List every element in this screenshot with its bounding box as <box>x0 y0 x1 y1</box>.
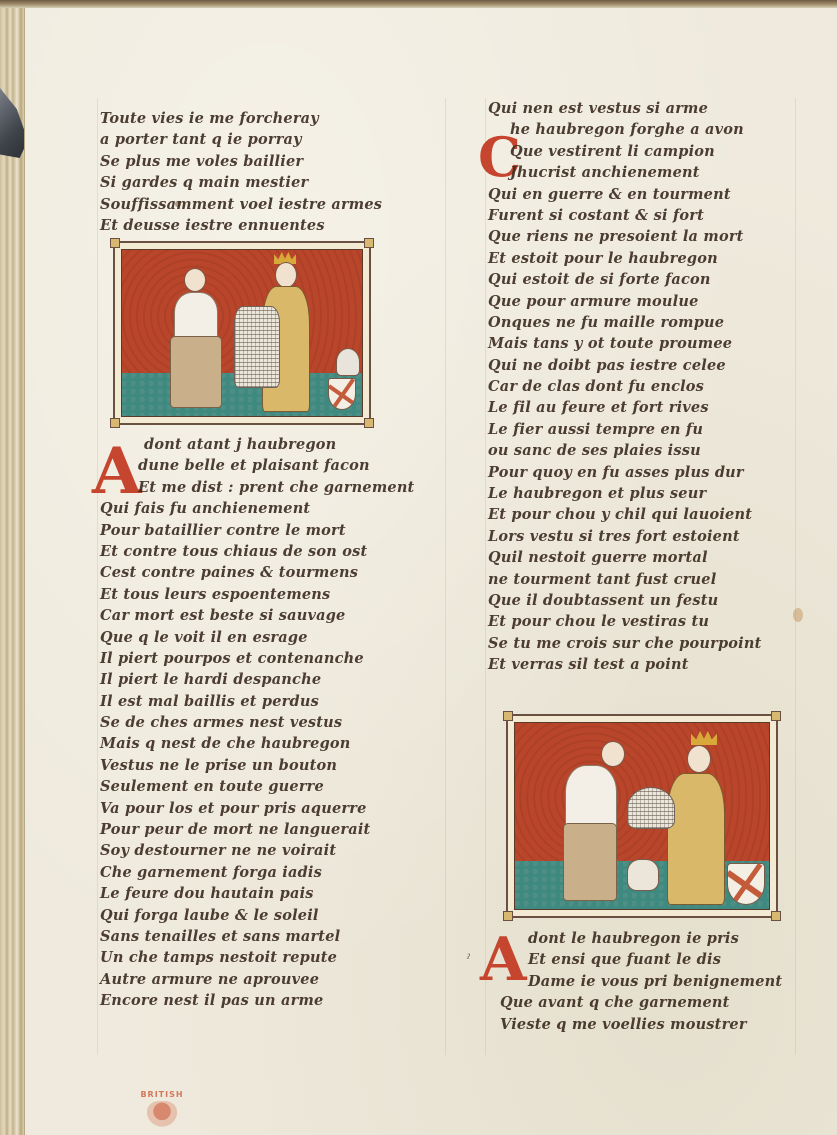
verse-line: Et me dist : prent che garnement <box>100 477 450 498</box>
verse-line: Soy destourner ne ne voirait <box>100 840 450 861</box>
helm-icon <box>336 348 360 376</box>
verse-line: Qui forga laube & le soleil <box>100 905 450 926</box>
miniature-scene <box>514 722 770 910</box>
man-skirt <box>563 823 617 901</box>
miniature-scene <box>121 249 363 417</box>
verse-line: Et verras sil test a point <box>488 654 818 675</box>
verse-line: a porter tant q ie porray <box>100 129 440 150</box>
right-text-column: Qui nen est vestus si arme he haubregon … <box>488 98 818 676</box>
lady-head <box>275 262 297 288</box>
verse-line: Et pour chou y chil qui lauoient <box>488 504 818 525</box>
verse-line: Pour bataillier contre le mort <box>100 520 450 541</box>
frame-corner <box>364 418 374 428</box>
verse-line: Le fier aussi tempre en fu <box>488 419 818 440</box>
verse-line: Il piert le hardi despanche <box>100 669 450 690</box>
verse-line: Toute vies ie me forcheray <box>100 108 440 129</box>
verse-line: Et contre tous chiaus de son ost <box>100 541 450 562</box>
helm-icon <box>627 859 659 891</box>
verse-line: dune belle et plaisant facon <box>100 455 450 476</box>
stamp-text: BRITISH <box>132 1090 192 1099</box>
verse-line: Un che tamps nestoit repute <box>100 947 450 968</box>
verse-line: Pour quoy en fu asses plus dur <box>488 462 818 483</box>
verse-line: Quil nestoit guerre mortal <box>488 547 818 568</box>
miniature-hauberk-presentation <box>113 241 371 425</box>
verse-line: Et ensi que fuant le dis <box>500 949 820 970</box>
crown-stamp-icon <box>147 1101 177 1127</box>
verse-line: Et tous leurs espoentemens <box>100 584 450 605</box>
verse-line: he haubregon forghe a avon <box>488 119 818 140</box>
lady-head <box>687 745 711 773</box>
verse-line: Qui nen est vestus si arme <box>488 98 818 119</box>
crown-icon <box>691 731 717 745</box>
verse-line: Vieste q me voellies moustrer <box>500 1014 820 1035</box>
verse-line: Se tu me crois sur che pourpoint <box>488 633 818 654</box>
verse-line: Che garnement forga iadis <box>100 862 450 883</box>
verse-line: ou sanc de ses plaies issu <box>488 440 818 461</box>
right-text-column-lower: dont le haubregon ie pris Et ensi que fu… <box>500 928 820 1035</box>
verse-line: Que q le voit il en esrage <box>100 627 450 648</box>
left-text-column-lower: dont atant j haubregon dune belle et pla… <box>100 434 450 1012</box>
verse-line: Qui fais fu anchienement <box>100 498 450 519</box>
verse-line: Il est mal baillis et perdus <box>100 691 450 712</box>
verse-line: Le feure dou hautain pais <box>100 883 450 904</box>
verse-line: Et estoit pour le haubregon <box>488 248 818 269</box>
verse-line: Autre armure ne aprouvee <box>100 969 450 990</box>
verse-line: Se de ches armes nest vestus <box>100 712 450 733</box>
verse-line: Mais tans y ot toute proumee <box>488 333 818 354</box>
frame-corner <box>503 711 513 721</box>
frame-corner <box>110 238 120 248</box>
verse-line: dont atant j haubregon <box>100 434 450 455</box>
library-stamp: BRITISH <box>132 1090 192 1135</box>
verse-line: Si gardes q main mestier <box>100 172 440 193</box>
ruling-line <box>97 98 98 1055</box>
verse-line: Vestus ne le prise un bouton <box>100 755 450 776</box>
verse-line: Lors vestu si tres fort estoient <box>488 526 818 547</box>
frame-corner <box>503 911 513 921</box>
verse-line: Encore nest il pas un arme <box>100 990 450 1011</box>
man-tunic <box>565 765 617 831</box>
page-top-edge <box>0 0 837 8</box>
verse-line: Sans tenailles et sans martel <box>100 926 450 947</box>
verse-line: Et deusse iestre ennuentes <box>100 215 440 236</box>
verse-line: Que vestirent li campion <box>488 141 818 162</box>
man-skirt <box>170 336 222 408</box>
left-text-column: Toute vies ie me forcheray a porter tant… <box>100 108 440 236</box>
verse-line: Que avant q che garnement <box>500 992 820 1013</box>
verse-line: Mais q nest de che haubregon <box>100 733 450 754</box>
verse-line: ne tourment tant fust cruel <box>488 569 818 590</box>
frame-corner <box>364 238 374 248</box>
verse-line: Qui ne doibt pas iestre celee <box>488 355 818 376</box>
shield-icon <box>328 378 356 410</box>
verse-line: Dame ie vous pri benignement <box>500 971 820 992</box>
verse-line: Va pour los et pour pris aquerre <box>100 798 450 819</box>
verse-line: Que pour armure moulue <box>488 291 818 312</box>
verse-line: Que riens ne presoient la mort <box>488 226 818 247</box>
ruling-line <box>485 98 486 1055</box>
verse-line: Et pour chou le vestiras tu <box>488 611 818 632</box>
margin-mark: ˀ <box>467 952 470 966</box>
verse-line: Seulement en toute guerre <box>100 776 450 797</box>
man-tunic <box>174 292 218 342</box>
verse-line: Le haubregon et plus seur <box>488 483 818 504</box>
verse-line: Furent si costant & si fort <box>488 205 818 226</box>
verse-line: Se plus me voles baillier <box>100 151 440 172</box>
verse-line: Car mort est beste si sauvage <box>100 605 450 626</box>
shield-icon <box>727 863 765 905</box>
verse-line: Car de clas dont fu enclos <box>488 376 818 397</box>
frame-corner <box>771 711 781 721</box>
verse-line: Pour peur de mort ne languerait <box>100 819 450 840</box>
man-head <box>601 741 625 767</box>
verse-line: Qui estoit de si forte facon <box>488 269 818 290</box>
verse-line: Jhucrist anchienement <box>488 162 818 183</box>
man-head <box>184 268 206 292</box>
verse-line: Onques ne fu maille rompue <box>488 312 818 333</box>
verse-line: Cest contre paines & tourmens <box>100 562 450 583</box>
lady-gown <box>667 773 725 905</box>
frame-corner <box>110 418 120 428</box>
verse-line: Qui en guerre & en tourment <box>488 184 818 205</box>
folded-mail <box>627 787 675 829</box>
miniature-mail-handover <box>506 714 778 918</box>
hauberk-mail <box>234 306 280 388</box>
verse-line: Le fil au feure et fort rives <box>488 397 818 418</box>
verse-line: Que il doubtassent un festu <box>488 590 818 611</box>
verse-line: Souffissamment voel iestre armes <box>100 194 440 215</box>
frame-corner <box>771 911 781 921</box>
verse-line: dont le haubregon ie pris <box>500 928 820 949</box>
verse-line: Il piert pourpos et contenanche <box>100 648 450 669</box>
